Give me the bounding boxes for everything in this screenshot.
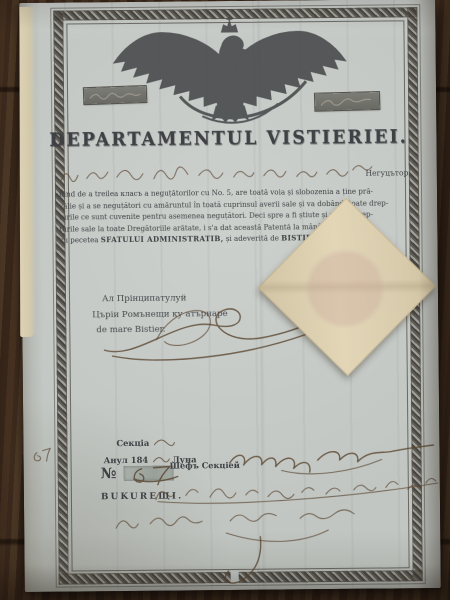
stamp-box-left xyxy=(84,86,147,104)
handwritten-signature-line xyxy=(108,499,389,590)
section-chief-signature xyxy=(221,431,441,477)
document-title: DEPARTAMENTUL VISTIERIEI. xyxy=(20,126,436,152)
stamp-box-right xyxy=(315,92,379,111)
number-label: № xyxy=(101,465,117,482)
section-handwriting xyxy=(151,436,175,448)
document-sheet: DEPARTAMENTUL VISTIERIEI. Негуцътор, fii… xyxy=(19,0,441,592)
section-row: Секціа xyxy=(116,436,175,449)
photo-of-patent-document: DEPARTAMENTUL VISTIERIEI. Негуцътор, fii… xyxy=(0,0,450,600)
last-line-pre: cu pecetea xyxy=(59,236,100,245)
section-label: Секціа xyxy=(116,438,149,448)
imperial-eagle-emblem xyxy=(109,14,350,128)
last-line-mid: și adeverită de xyxy=(224,234,282,244)
trader-word: Негуцътор, xyxy=(365,168,410,177)
sfatul-administrativ-text: SFATULUI ADMINISTRATIB, xyxy=(101,234,224,244)
